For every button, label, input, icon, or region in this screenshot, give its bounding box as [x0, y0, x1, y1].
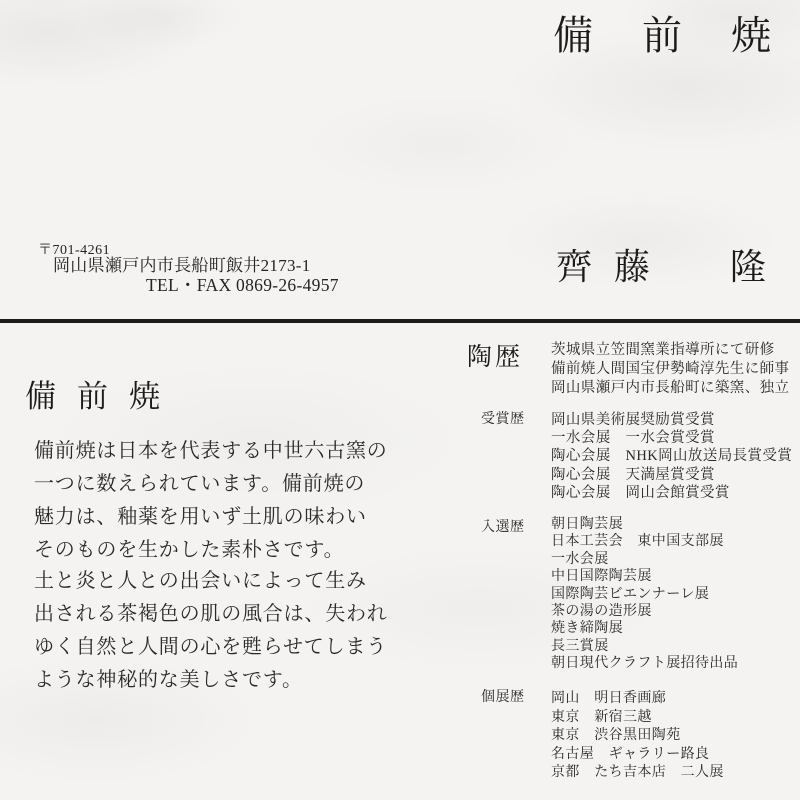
text-line: 長三賞展: [551, 638, 738, 655]
text-line: 茶の湯の造形展: [551, 603, 738, 620]
text-line: 中日国際陶芸展: [551, 568, 738, 585]
solo-exhibitions-list: 岡山 明日香画廊東京 新宿三越東京 渋谷黒田陶苑名古屋 ギャラリー路良京都 たち…: [551, 690, 724, 783]
section-label-solo: 個展歴: [481, 689, 525, 706]
text-line: 国際陶芸ビエンナーレ展: [551, 586, 738, 603]
text-line: 岡山 明日香画廊: [551, 690, 724, 709]
resume-title: 陶歴: [467, 343, 523, 373]
text-line: 一つに数えられています。備前焼の: [34, 468, 406, 501]
text-line: 陶心会展 NHK岡山放送局長賞受賞: [551, 447, 792, 465]
section-label-awards: 受賞歴: [481, 411, 525, 428]
tel-fax: TEL・FAX 0869-26-4957: [146, 274, 339, 297]
text-line: 魅力は、釉薬を用いず土肌の味わい: [34, 501, 406, 534]
text-line: 東京 渋谷黒田陶苑: [551, 727, 724, 746]
career-list: 茨城県立笠間窯業指導所にて研修備前焼人間国宝伊勢崎淳先生に師事岡山県瀬戸内市長船…: [551, 341, 789, 398]
artist-name: 齊藤 隆: [556, 246, 788, 289]
scanned-pamphlet: 備前焼 〒701-4261 岡山県瀬戸内市長船町飯井2173-1 TEL・FAX…: [0, 0, 800, 800]
text-line: 備前焼人間国宝伊勢崎淳先生に師事: [551, 360, 789, 379]
text-line: 朝日陶芸展: [551, 516, 738, 533]
text-line: 岡山県美術展奨励賞受賞: [551, 411, 792, 429]
text-line: ような神秘的な美しさです。: [34, 664, 406, 697]
text-line: 朝日現代クラフト展招待出品: [551, 655, 738, 672]
text-line: 一水会展 一水会賞受賞: [551, 429, 792, 447]
text-line: 一水会展: [551, 551, 738, 568]
fold-divider-line: [0, 319, 800, 323]
section-label-selected: 入選歴: [481, 519, 525, 536]
awards-list: 岡山県美術展奨励賞受賞一水会展 一水会賞受賞陶心会展 NHK岡山放送局長賞受賞陶…: [551, 411, 792, 502]
inner-heading: 備前焼: [25, 378, 181, 415]
text-line: 陶心会展 天満屋賞受賞: [551, 466, 792, 484]
text-line: 出される茶褐色の肌の風合は、失われ: [34, 598, 406, 631]
text-line: 東京 新宿三越: [551, 709, 724, 728]
text-line: ゆく自然と人間の心を甦らせてしまう: [34, 631, 406, 664]
front-title: 備前焼: [553, 12, 800, 60]
text-line: 茨城県立笠間窯業指導所にて研修: [551, 341, 789, 360]
text-line: 焼き締陶展: [551, 620, 738, 637]
text-line: 京都 たち吉本店 二人展: [551, 764, 724, 783]
text-line: 日本工芸会 東中国支部展: [551, 533, 738, 550]
text-line: そのものを生かした素朴さです。: [34, 534, 406, 567]
selected-exhibitions-list: 朝日陶芸展日本工芸会 東中国支部展一水会展中日国際陶芸展国際陶芸ビエンナーレ展茶…: [551, 516, 738, 673]
intro-paragraph-1: 備前焼は日本を代表する中世六古窯の一つに数えられています。備前焼の魅力は、釉薬を…: [34, 435, 406, 567]
text-line: 備前焼は日本を代表する中世六古窯の: [34, 435, 406, 468]
intro-paragraph-2: 土と炎と人との出会いによって生み出される茶褐色の肌の風合は、失われゆく自然と人間…: [34, 565, 406, 697]
text-line: 名古屋 ギャラリー路良: [551, 746, 724, 765]
text-line: 土と炎と人との出会いによって生み: [34, 565, 406, 598]
text-line: 陶心会展 岡山会館賞受賞: [551, 484, 792, 502]
text-line: 岡山県瀬戸内市長船町に築窯、独立: [551, 379, 789, 398]
